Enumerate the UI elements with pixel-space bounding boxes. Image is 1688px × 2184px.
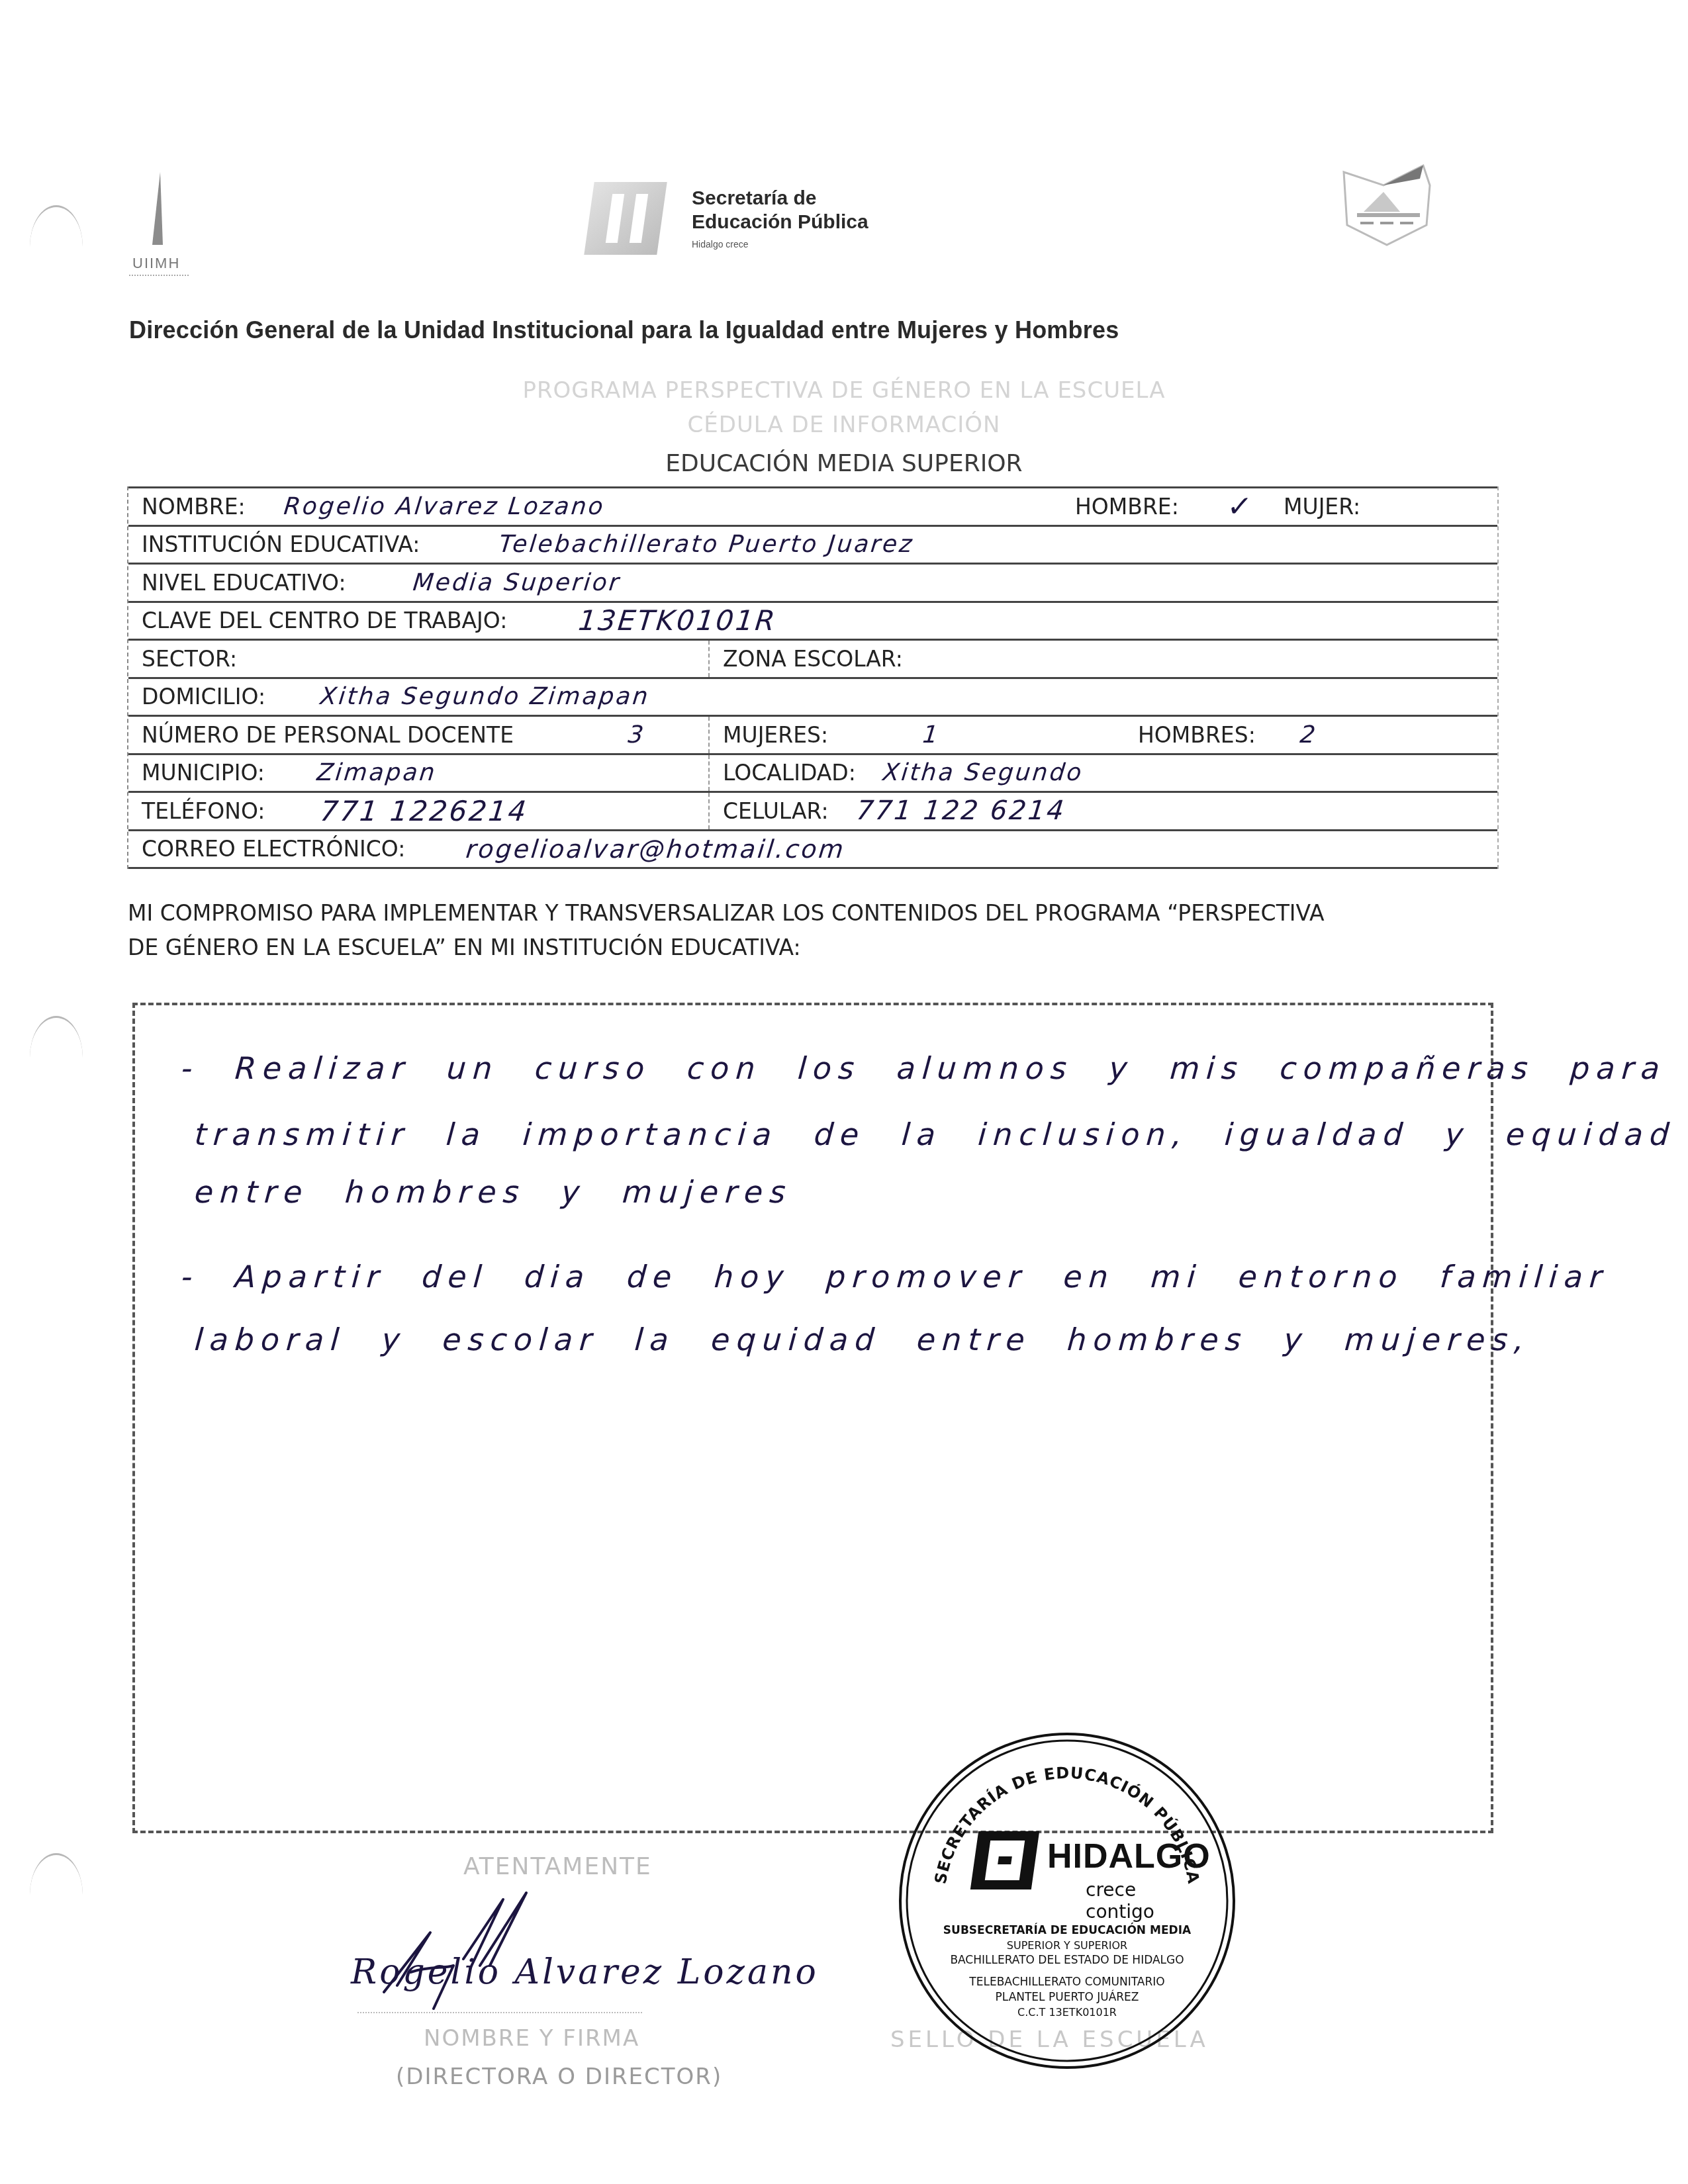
sep-logo: Secretaría de Educación Pública Hidalgo … [589,182,894,261]
celular-label: CELULAR: [723,798,829,824]
punch-hole-mark [30,1853,83,1895]
form-row-correo: CORREO ELECTRÓNICO: rogelioalvar@hotmail… [128,829,1497,870]
form-row-clave: CLAVE DEL CENTRO DE TRABAJO: 13ETK0101R [128,601,1497,639]
commitment-line: - Apartir del dia de hoy promover en mi … [180,1259,1610,1295]
hombres-label: HOMBRES: [1138,722,1256,748]
commitment-line: laboral y escolar la equidad entre hombr… [193,1322,1532,1357]
commitment-line: entre hombres y mujeres [193,1174,793,1210]
info-form-table: NOMBRE: Rogelio Alvarez Lozano HOMBRE: ✓… [127,486,1499,869]
state-emblem-icon [1337,159,1436,251]
personal-label: NÚMERO DE PERSONAL DOCENTE [142,722,514,748]
sep-logo-line2: Educación Pública [692,211,868,234]
signer-name: Rogelio Alvarez Lozano [351,1952,819,1992]
hombre-checkmark[interactable]: ✓ [1225,490,1255,523]
mujer-label: MUJER: [1284,494,1360,520]
stamp-line: C.C.T 13ETK0101R [895,2006,1239,2019]
sep-logo-tagline: Hidalgo crece [692,239,749,250]
correo-label: CORREO ELECTRÓNICO: [142,836,405,862]
domicilio-field[interactable]: Xitha Segundo Zimapan [319,683,651,710]
uiimh-spire-icon [152,172,163,245]
celular-field[interactable]: 771 122 6214 [855,796,1068,826]
stamp-slogan: crece contigo [1086,1879,1193,1923]
nombre-label: NOMBRE: [142,494,246,520]
school-stamp: SECRETARÍA DE EDUCACIÓN PÚBLICA HIDALGO … [895,1729,1239,2073]
nombre-field[interactable]: Rogelio Alvarez Lozano [283,493,606,520]
atentamente-label: ATENTAMENTE [463,1853,652,1880]
commitment-line: - Realizar un curso con los alumnos y mi… [180,1050,1667,1086]
punch-hole-mark [30,1016,83,1058]
telefono-label: TELÉFONO: [142,798,265,824]
localidad-label: LOCALIDAD: [723,760,856,786]
form-row-nombre: NOMBRE: Rogelio Alvarez Lozano HOMBRE: ✓… [128,486,1497,525]
signature-line [357,2012,642,2013]
uiimh-logo-text: UIIMH [132,255,180,272]
commitment-line: transmitir la importancia de la inclusio… [193,1116,1677,1152]
form-row-telefono: TELÉFONO: 771 1226214 CELULAR: 771 122 6… [128,791,1497,829]
mujeres-label: MUJERES: [723,722,828,748]
punch-hole-mark [30,205,83,247]
stamp-line: TELEBACHILLERATO COMUNITARIO [895,1976,1239,1989]
nombre-firma-label: NOMBRE Y FIRMA [424,2025,639,2052]
form-row-domicilio: DOMICILIO: Xitha Segundo Zimapan [128,677,1497,715]
stamp-line: PLANTEL PUERTO JUÁREZ [895,1991,1239,2004]
personal-field[interactable]: 3 [627,721,647,749]
commitment-textarea[interactable]: - Realizar un curso con los alumnos y mi… [132,1003,1493,1833]
sep-logo-line1: Secretaría de [692,187,816,210]
institucion-field[interactable]: Telebachillerato Puerto Juarez [498,531,915,558]
clave-label: CLAVE DEL CENTRO DE TRABAJO: [142,608,507,633]
zona-label: ZONA ESCOLAR: [723,646,903,672]
hombres-field[interactable]: 2 [1299,721,1319,749]
stamp-line: SUPERIOR Y SUPERIOR [895,1939,1239,1952]
program-title: PROGRAMA PERSPECTIVA DE GÉNERO EN LA ESC… [0,377,1688,404]
municipio-field[interactable]: Zimapan [316,759,438,786]
hidalgo-h-icon [584,182,667,255]
form-row-personal: NÚMERO DE PERSONAL DOCENTE 3 MUJERES: 1 … [128,715,1497,753]
signature-scribble [371,1886,583,2012]
hidalgo-brand: HIDALGO crece contigo [974,1831,1193,1904]
form-row-sector: SECTOR: ZONA ESCOLAR: [128,639,1497,677]
header-title: Dirección General de la Unidad Instituci… [129,316,1119,344]
program-subtitle: CÉDULA DE INFORMACIÓN [0,412,1688,438]
commitment-heading-line2: DE GÉNERO EN LA ESCUELA” EN MI INSTITUCI… [128,934,1518,960]
telefono-field[interactable]: 771 1226214 [318,795,530,827]
form-row-municipio: MUNICIPIO: Zimapan LOCALIDAD: Xitha Segu… [128,753,1497,792]
commitment-heading-line1: MI COMPROMISO PARA IMPLEMENTAR Y TRANSVE… [128,900,1518,926]
sector-label: SECTOR: [142,646,237,672]
stamp-line: BACHILLERATO DEL ESTADO DE HIDALGO [895,1954,1239,1967]
form-row-institucion: INSTITUCIÓN EDUCATIVA: Telebachillerato … [128,525,1497,563]
institucion-label: INSTITUCIÓN EDUCATIVA: [142,531,420,557]
municipio-label: MUNICIPIO: [142,760,265,786]
program-level: EDUCACIÓN MEDIA SUPERIOR [0,450,1688,477]
localidad-field[interactable]: Xitha Segundo [882,759,1085,786]
role-label: (DIRECTORA O DIRECTOR) [396,2064,722,2090]
clave-field[interactable]: 13ETK0101R [577,604,778,637]
stamp-brand: HIDALGO [1047,1837,1211,1876]
hombre-label: HOMBRE: [1075,494,1179,520]
nivel-label: NIVEL EDUCATIVO: [142,570,346,596]
nivel-field[interactable]: Media Superior [412,569,622,596]
hidalgo-h-icon [970,1831,1039,1889]
form-row-nivel: NIVEL EDUCATIVO: Media Superior [128,563,1497,601]
stamp-line: SUBSECRETARÍA DE EDUCACIÓN MEDIA [895,1924,1239,1937]
mujeres-field[interactable]: 1 [921,721,941,749]
uiimh-logo: UIIMH [126,165,199,278]
domicilio-label: DOMICILIO: [142,684,265,709]
correo-field[interactable]: rogelioalvar@hotmail.com [465,835,847,864]
